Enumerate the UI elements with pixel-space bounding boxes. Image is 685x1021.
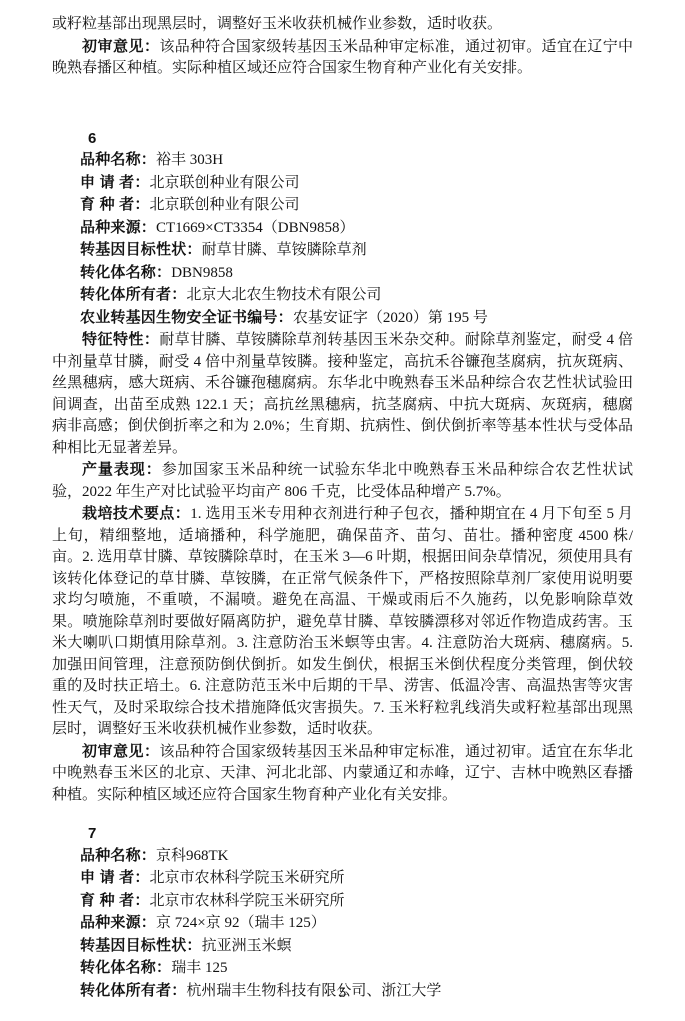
paragraph-label: 栽培技术要点： (82, 505, 190, 522)
section-number: 7 (52, 823, 633, 845)
field-breeder: 育 种 者：北京联创种业有限公司 (52, 194, 633, 217)
field-variety-source: 品种来源：京 724×京 92（瑞丰 125） (52, 912, 633, 935)
field-value: 瑞丰 125 (171, 960, 227, 976)
field-event-name: 转化体名称：DBN9858 (52, 262, 633, 285)
paragraph-text: 耐草甘膦、草铵膦除草剂转基因玉米杂交种。耐除草剂鉴定，耐受 4 倍中剂量草甘膦，… (52, 332, 633, 456)
page-number: 5 (0, 983, 685, 1005)
paragraph-label: 特征特性： (82, 331, 159, 348)
review-paragraph-intro: 初审意见：该品种符合国家级转基因玉米品种审定标准，通过初审。适宜在辽宁中晚熟春播… (52, 36, 633, 80)
field-target-trait: 转基因目标性状：抗亚洲玉米螟 (52, 935, 633, 958)
paragraph-text: 1. 选用玉米专用种衣剂进行种子包衣，播种期宜在 4 月下旬至 5 月上旬，精细… (52, 506, 633, 737)
paragraph-review-opinion: 初审意见：该品种符合国家级转基因玉米品种审定标准，通过初审。适宜在东华北中晚熟春… (52, 741, 633, 807)
field-value: 耐草甘膦、草铵膦除草剂 (202, 242, 367, 258)
field-value: CT1669×CT3354（DBN9858） (156, 220, 354, 236)
field-label: 品种名称： (80, 847, 156, 864)
section-7: 7 品种名称：京科968TK 申 请 者：北京市农林科学院玉米研究所 育 种 者… (52, 823, 633, 1002)
field-value: 京 724×京 92（瑞丰 125） (156, 915, 326, 931)
field-safety-certificate: 农业转基因生物安全证书编号：农基安证字（2020）第 195 号 (52, 307, 633, 330)
field-applicant: 申 请 者：北京联创种业有限公司 (52, 172, 633, 195)
field-label: 品种来源： (80, 219, 156, 236)
field-variety-name: 品种名称：裕丰 303H (52, 149, 633, 172)
field-applicant: 申 请 者：北京市农林科学院玉米研究所 (52, 867, 633, 890)
field-value: 北京大北农生物技术有限公司 (186, 287, 381, 303)
field-target-trait: 转基因目标性状：耐草甘膦、草铵膦除草剂 (52, 239, 633, 262)
field-value: 北京联创种业有限公司 (150, 175, 300, 191)
field-label: 转基因目标性状： (80, 937, 202, 954)
field-label: 转化体名称： (80, 264, 171, 281)
field-label: 育 种 者： (80, 892, 150, 909)
field-label: 申 请 者： (80, 174, 150, 191)
field-variety-name: 品种名称：京科968TK (52, 845, 633, 868)
field-label: 品种来源： (80, 914, 156, 931)
field-label: 农业转基因生物安全证书编号： (80, 309, 293, 326)
paragraph-yield: 产量表现：参加国家玉米品种统一试验东华北中晚熟春玉米品种综合农艺性状试验，202… (52, 459, 633, 503)
field-value: 北京市农林科学院玉米研究所 (150, 893, 345, 909)
section-6: 6 品种名称：裕丰 303H 申 请 者：北京联创种业有限公司 育 种 者：北京… (52, 128, 633, 807)
field-value: 北京联创种业有限公司 (150, 197, 300, 213)
paragraph-label: 初审意见： (82, 743, 159, 760)
paragraph-cultivation: 栽培技术要点：1. 选用玉米专用种衣剂进行种子包衣，播种期宜在 4 月下旬至 5… (52, 503, 633, 741)
document-page: 或籽粒基部出现黑层时，调整好玉米收获机械作业参数，适时收获。 初审意见：该品种符… (0, 0, 685, 1021)
field-label: 转化体所有者： (80, 286, 186, 303)
field-value: 抗亚洲玉米螟 (202, 938, 292, 954)
field-event-name: 转化体名称：瑞丰 125 (52, 957, 633, 980)
field-value: 京科968TK (156, 848, 229, 864)
field-label: 申 请 者： (80, 869, 150, 886)
field-breeder: 育 种 者：北京市农林科学院玉米研究所 (52, 890, 633, 913)
field-value: 北京市农林科学院玉米研究所 (150, 870, 345, 886)
field-label: 转基因目标性状： (80, 241, 202, 258)
paragraph-characteristics: 特征特性：耐草甘膦、草铵膦除草剂转基因玉米杂交种。耐除草剂鉴定，耐受 4 倍中剂… (52, 329, 633, 459)
document-content: 或籽粒基部出现黑层时，调整好玉米收获机械作业参数，适时收获。 初审意见：该品种符… (52, 14, 633, 1002)
field-label: 育 种 者： (80, 196, 150, 213)
paragraph-label: 产量表现： (82, 461, 162, 478)
field-label: 转化体名称： (80, 959, 171, 976)
field-value: DBN9858 (171, 265, 233, 281)
section-number: 6 (52, 128, 633, 150)
review-label: 初审意见： (82, 38, 159, 55)
continued-paragraph: 或籽粒基部出现黑层时，调整好玉米收获机械作业参数，适时收获。 (52, 14, 633, 36)
field-variety-source: 品种来源：CT1669×CT3354（DBN9858） (52, 217, 633, 240)
field-label: 品种名称： (80, 151, 156, 168)
field-event-owner: 转化体所有者：北京大北农生物技术有限公司 (52, 284, 633, 307)
field-value: 裕丰 303H (156, 152, 223, 168)
field-value: 农基安证字（2020）第 195 号 (293, 310, 488, 326)
